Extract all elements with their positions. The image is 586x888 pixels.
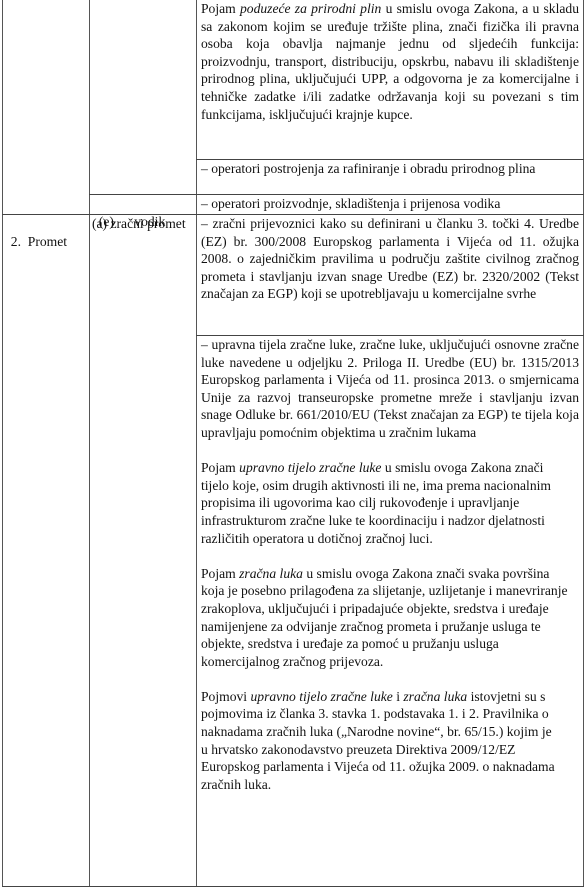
table-border-bottom	[2, 886, 584, 887]
subsector-cell-air-transport: (a) zračni promet	[92, 215, 196, 233]
definition-paragraph-managing-body: Pojam upravno tijelo zračne luke u smisl…	[201, 459, 569, 547]
entity-text: – operatori postrojenja za rafiniranje i…	[201, 160, 579, 178]
table-border-right	[583, 0, 584, 887]
text: u smislu ovoga Zakona znači svaka površi…	[201, 566, 568, 669]
table-border-left	[2, 0, 3, 887]
entity-cell-gas-undertaking-definition: Pojam poduzeće za prirodni plin u smislu…	[201, 0, 579, 123]
sector-cell-transport: 2. Promet	[4, 215, 88, 250]
text: Pojmovi	[201, 689, 250, 704]
defined-term: upravno tijelo zračne luke	[239, 460, 381, 475]
defined-term: poduzeće za prirodni plin	[240, 1, 381, 16]
entity-cell-air-carriers: – zračni prijevoznici kako su definirani…	[201, 215, 579, 303]
text: Pojam	[201, 460, 239, 475]
column-divider-sector	[89, 0, 90, 887]
entity-cell-airport-managing-bodies: – upravna tijela zračne luke, zračne luk…	[201, 336, 579, 793]
subsector-label: (a) zračni promet	[92, 216, 186, 231]
defined-term: upravno tijelo zračne luke	[250, 689, 392, 704]
entity-cell-gas-refining-operators: – operatori postrojenja za rafiniranje i…	[201, 160, 579, 178]
text: i	[393, 689, 404, 704]
entity-text: – operatori proizvodnje, skladištenja i …	[201, 196, 500, 211]
entity-text: – upravna tijela zračne luke, zračne luk…	[201, 336, 579, 442]
definition-paragraph-equivalence: Pojmovi upravno tijelo zračne luke i zra…	[201, 688, 561, 794]
sector-label: 2. Promet	[11, 234, 67, 249]
text: istovjetni su s pojmovima iz članka 3. s…	[201, 689, 555, 792]
entity-cell-hydrogen-operators: – operatori proizvodnje, skladištenja i …	[201, 195, 581, 213]
text: u smislu ovoga Zakona, a u skladu sa zak…	[201, 1, 579, 122]
column-divider-subsector	[196, 0, 197, 887]
defined-term: zračna luka	[239, 566, 303, 581]
defined-term: zračna luka	[403, 689, 467, 704]
definition-paragraph-airport: Pojam zračna luka u smislu ovoga Zakona …	[201, 565, 573, 671]
definition-paragraph: Pojam poduzeće za prirodni plin u smislu…	[201, 0, 579, 123]
entity-text: – zračni prijevoznici kako su definirani…	[201, 215, 579, 303]
text: Pojam	[201, 566, 239, 581]
text: Pojam	[201, 1, 240, 16]
